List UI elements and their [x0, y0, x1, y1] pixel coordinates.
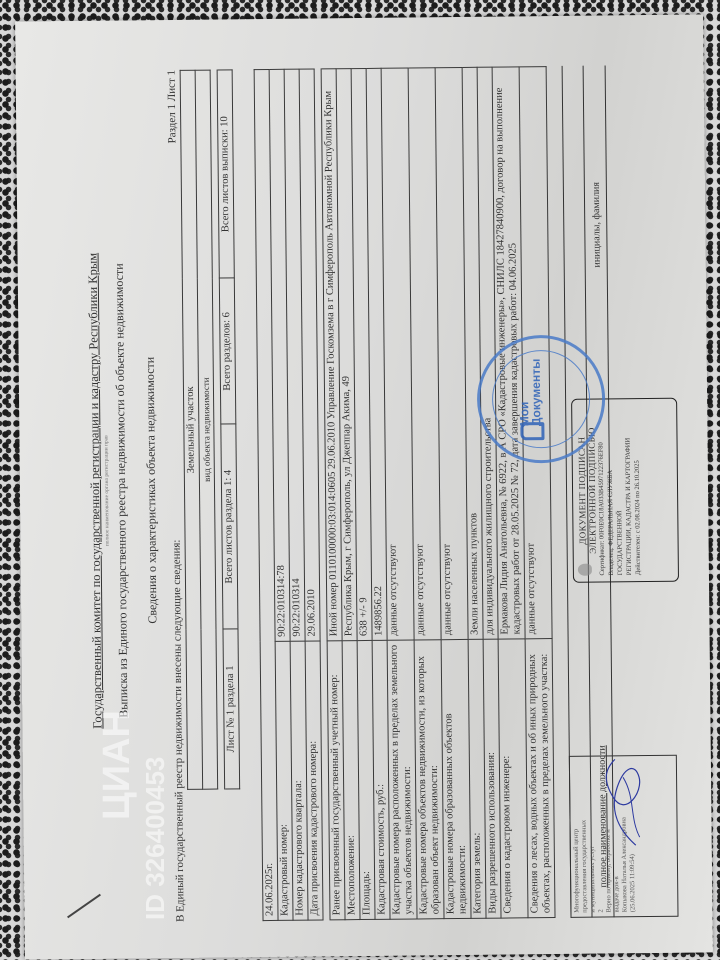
field-label: Кадастровые номера расположенных в преде… — [387, 640, 417, 919]
stamp-text: Мои Документы — [517, 338, 542, 426]
section-label: Раздел 1 Лист 1 — [166, 70, 179, 144]
initials-label: инициалы, фамилия — [591, 182, 603, 268]
sheets-in-section: Всего листов раздела 1: 4 — [221, 424, 238, 629]
watermark-brand: ЦИАН — [96, 710, 139, 820]
field-label: Кадастровые номера объектов недвижимости… — [414, 640, 444, 919]
sections-total: Всего разделов: 6 — [219, 278, 236, 424]
field-label: Кадастровые номера образованных объектов… — [441, 639, 471, 918]
emblem-icon — [578, 564, 592, 576]
watermark-id: ID 326400453 — [140, 757, 171, 920]
signature-area: полное наименование должности инициалы, … — [562, 65, 681, 918]
field-label: Сведения о лесах, водных объектах и об и… — [525, 639, 555, 918]
sheet-number: Лист № 1 раздела 1 — [223, 629, 240, 789]
ecp-valid: Действителен: с 02.08.2024 по 26.10.2025 — [632, 405, 643, 575]
property-info-table: 24.06.2025г. Кадастровый номер:90:22:010… — [254, 66, 556, 921]
sheets-total: Всего листов выписки: 10 — [217, 70, 234, 279]
field-label: Сведения о кадастровом инженере: — [498, 639, 528, 918]
handwritten-signature — [605, 757, 646, 847]
ecp-owner-1: Владелец: ФЕДЕРАЛЬНАЯ СЛУЖБА ГОСУДАРСТВЕ… — [605, 405, 625, 575]
mfc-stamp: Мои Документы — [476, 334, 605, 463]
object-header-table: Земельный участок вид объекта недвижимос… — [180, 69, 241, 790]
